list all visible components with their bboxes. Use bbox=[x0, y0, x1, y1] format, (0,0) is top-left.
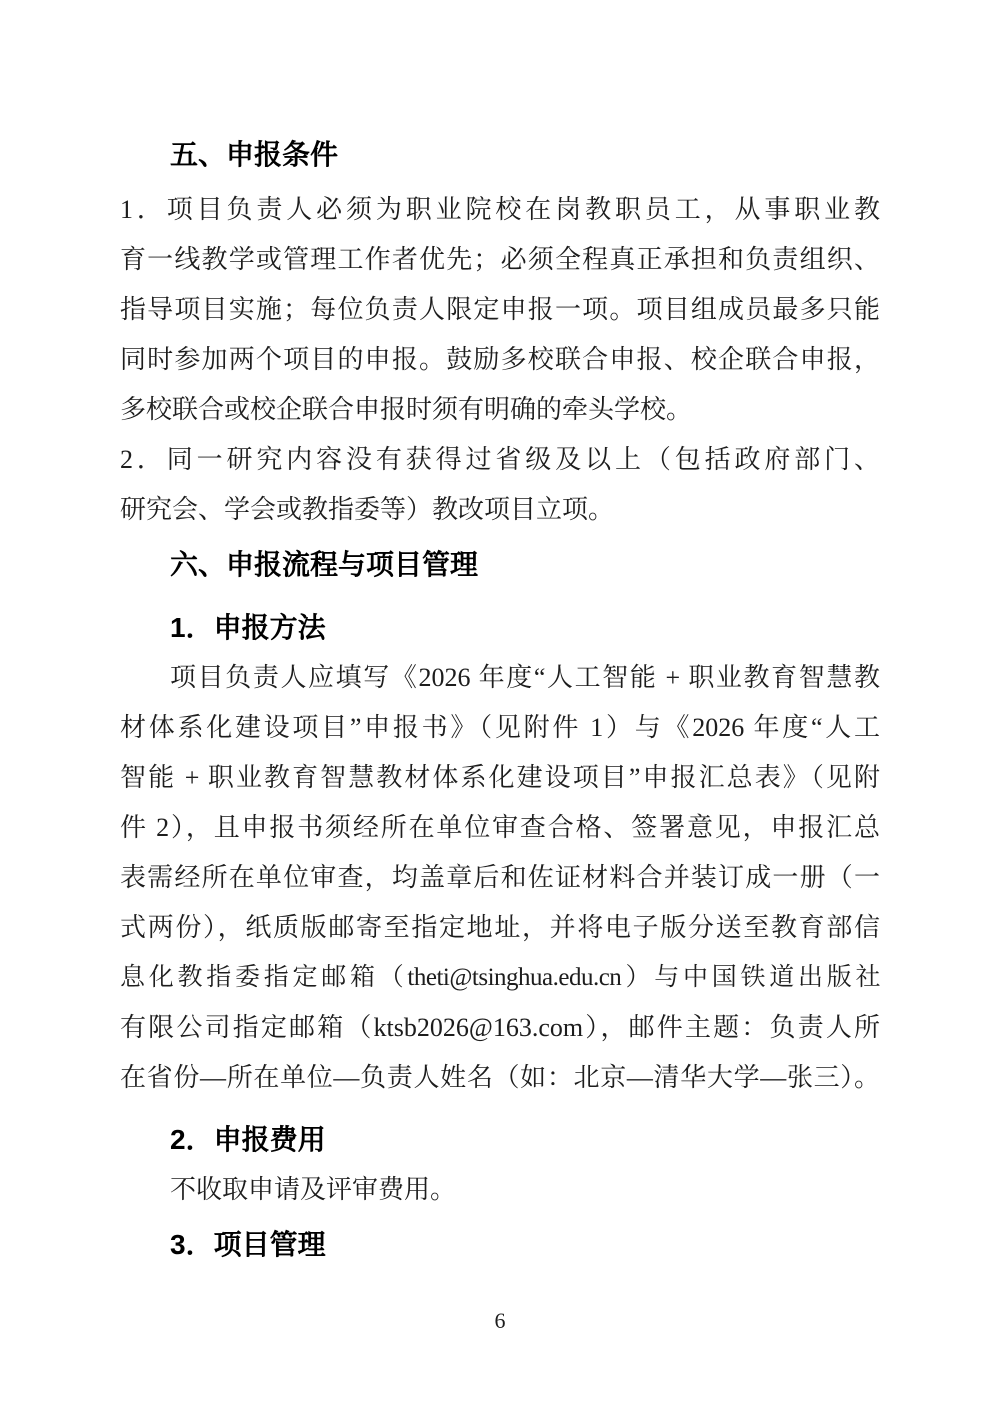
text-line: 智能 + 职业教育智慧教材体系化建设项目”申报汇总表》（见附 bbox=[120, 753, 880, 803]
text-line: 育一线教学或管理工作者优先；必须全程真正承担和负责组织、 bbox=[120, 235, 880, 285]
section-heading-6: 六、申报流程与项目管理 bbox=[120, 540, 880, 590]
text-line: 研究会、学会或教指委等）教改项目立项。 bbox=[120, 485, 880, 535]
subsection-heading-1: 1．申报方法 bbox=[120, 603, 880, 653]
text-line: 件 2），且申报书须经所在单位审查合格、签署意见，申报汇总 bbox=[120, 803, 880, 853]
text-line: 材体系化建设项目”申报书》（见附件 1）与《2026 年度“人工 bbox=[120, 703, 880, 753]
section-heading-5: 五、申报条件 bbox=[120, 130, 880, 180]
subsection-heading-3: 3．项目管理 bbox=[120, 1220, 880, 1270]
subsection-heading-2: 2．申报费用 bbox=[120, 1115, 880, 1165]
document-page: 五、申报条件1．项目负责人必须为职业院校在岗教职员工，从事职业教育一线教学或管理… bbox=[0, 0, 1000, 1414]
page-number: 6 bbox=[0, 1306, 1000, 1336]
text-line: 2．同一研究内容没有获得过省级及以上（包括政府部门、 bbox=[120, 435, 880, 485]
text-line: 多校联合或校企联合申报时须有明确的牵头学校。 bbox=[120, 385, 880, 435]
text-line: 表需经所在单位审查，均盖章后和佐证材料合并装订成一册（一 bbox=[120, 853, 880, 903]
text-line: 同时参加两个项目的申报。鼓励多校联合申报、校企联合申报， bbox=[120, 335, 880, 385]
text-line: 1．项目负责人必须为职业院校在岗教职员工，从事职业教 bbox=[120, 185, 880, 235]
text-line: 息化教指委指定邮箱（theti@tsinghua.edu.cn）与中国铁道出版社 bbox=[120, 953, 880, 1003]
text-line: 项目负责人应填写《2026 年度“人工智能 + 职业教育智慧教 bbox=[120, 653, 880, 703]
text-line: 有限公司指定邮箱（ktsb2026@163.com），邮件主题：负责人所 bbox=[120, 1003, 880, 1053]
text-line: 不收取申请及评审费用。 bbox=[120, 1165, 880, 1215]
text-line: 指导项目实施；每位负责人限定申报一项。项目组成员最多只能 bbox=[120, 285, 880, 335]
document-lines: 五、申报条件1．项目负责人必须为职业院校在岗教职员工，从事职业教育一线教学或管理… bbox=[0, 0, 1000, 1270]
text-line: 在省份—所在单位—负责人姓名（如：北京—清华大学—张三）。 bbox=[120, 1053, 880, 1103]
text-line: 式两份），纸质版邮寄至指定地址，并将电子版分送至教育部信 bbox=[120, 903, 880, 953]
